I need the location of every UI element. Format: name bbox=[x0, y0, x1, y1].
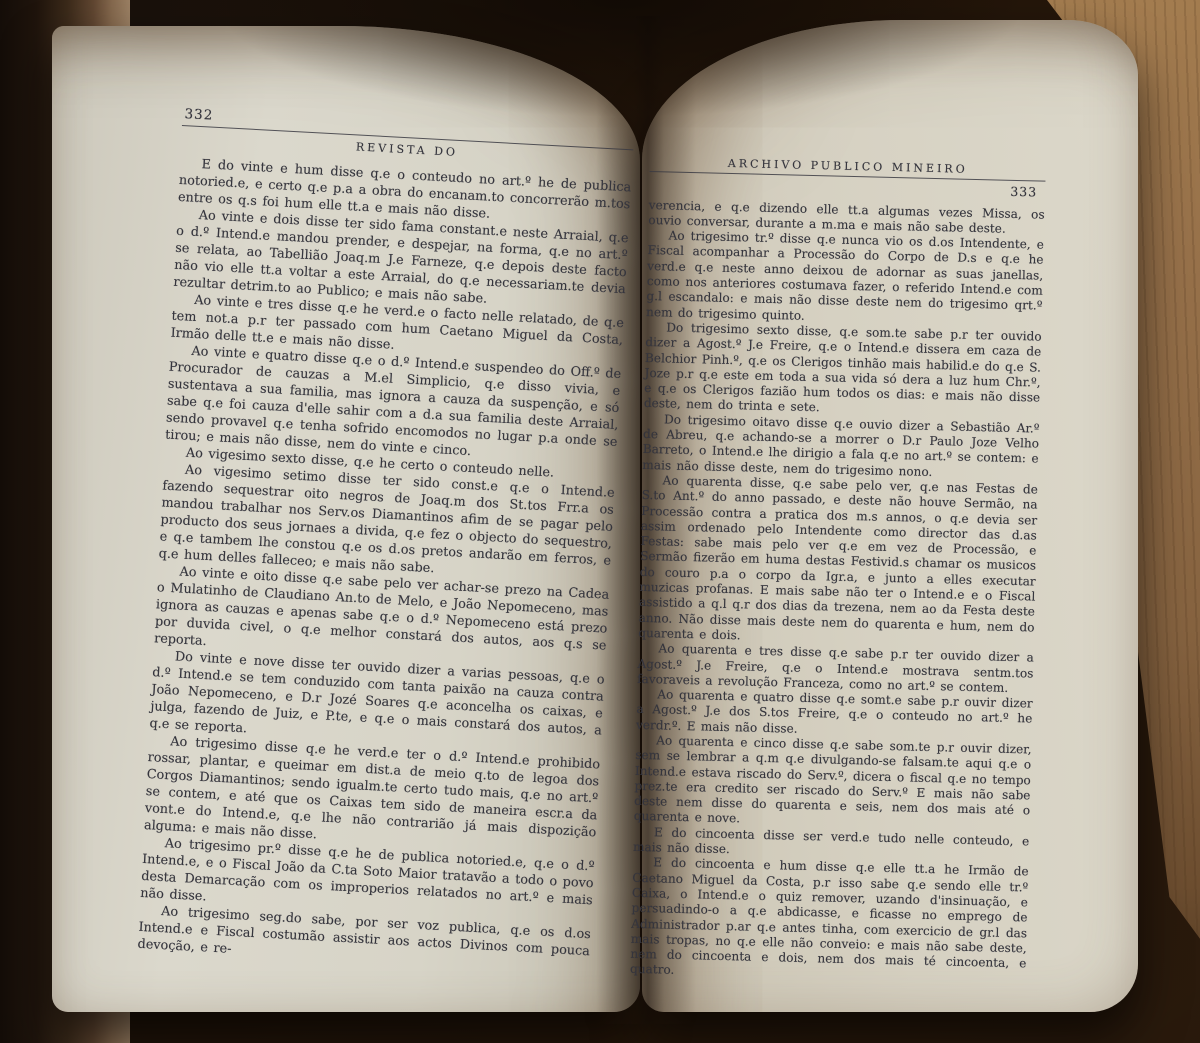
paragraph: Ao quarenta disse, q.e sabe pelo ver, q.… bbox=[638, 473, 1038, 651]
open-book-photo: 332 REVISTA DO E do vinte e hum disse q.… bbox=[0, 0, 1200, 1043]
paragraph: Ao quarenta e cinco disse q.e sabe som.t… bbox=[634, 733, 1032, 834]
paragraph: E do cincoenta e hum disse q.e elle tt.a… bbox=[630, 855, 1029, 987]
paragraph: Do trigesimo sexto disse, q.e som.te sab… bbox=[644, 320, 1042, 421]
paragraph: Do trigesimo oitavo disse q.e ouvio dize… bbox=[642, 412, 1039, 483]
right-page-text: ARCHIVO PUBLICO MINEIRO 333 verencia, e … bbox=[630, 154, 1046, 987]
left-page-text: 332 REVISTA DO E do vinte e hum disse q.… bbox=[137, 106, 634, 977]
right-page-paragraphs: verencia, e q.e dizendo elle tt.a alguma… bbox=[630, 198, 1045, 988]
paragraph: Ao trigesimo tr.º disse q.e nunca vio os… bbox=[646, 228, 1044, 329]
left-page-paragraphs: E do vinte e hum disse q.e o conteudo no… bbox=[137, 155, 632, 977]
